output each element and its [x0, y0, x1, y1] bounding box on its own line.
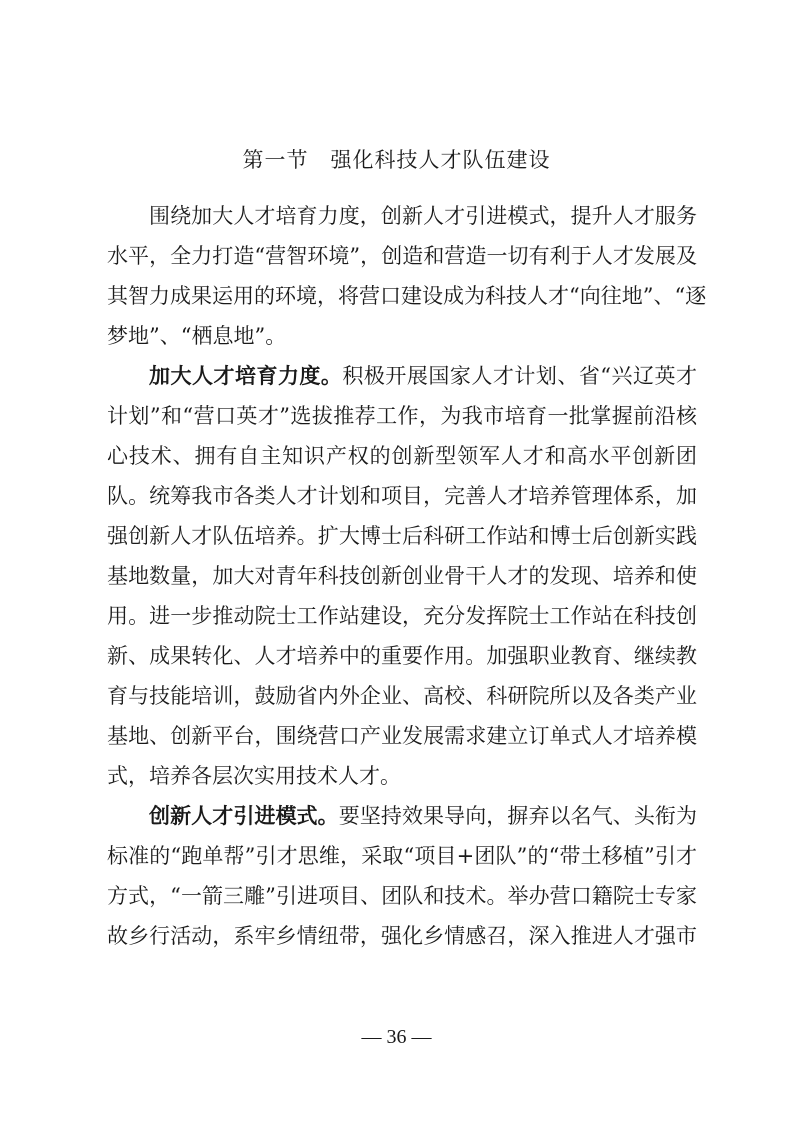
- paragraph-2-line-1: 加大人才培育力度。积极开展国家人才计划、省“兴辽英才: [149, 361, 697, 391]
- paragraph-2-line-5: 强创新人才队伍培养。扩大博士后科研工作站和博士后创新实践: [107, 521, 697, 551]
- paragraph-heading: 创新人才引进模式。: [149, 804, 339, 828]
- paragraph-3-line-2: 标准的“跑单帮”引才思维，采取“项目+团队”的“带土移植”引才: [107, 841, 697, 871]
- paragraph-1-line-2: 水平，全力打造“营智环境”，创造和营造一切有利于人才发展及: [107, 241, 697, 271]
- paragraph-3-line-4: 故乡行活动，系牢乡情纽带，强化乡情感召，深入推进人才强市: [107, 921, 697, 951]
- paragraph-1-line-1: 围绕加大人才培育力度，创新人才引进模式，提升人才服务: [149, 201, 697, 231]
- document-page: 第一节 强化科技人才队伍建设 围绕加大人才培育力度，创新人才引进模式，提升人才服…: [0, 0, 793, 1122]
- paragraph-2-line-8: 新、成果转化、人才培养中的重要作用。加强职业教育、继续教: [107, 641, 697, 671]
- paragraph-2-line-4: 队。统筹我市各类人才计划和项目，完善人才培养管理体系，加: [107, 481, 697, 511]
- paragraph-text: 积极开展国家人才计划、省“兴辽英才: [342, 364, 697, 388]
- paragraph-2-line-11: 式，培养各层次实用技术人才。: [107, 761, 697, 791]
- paragraph-1-line-4: 梦地”、“栖息地”。: [107, 321, 697, 351]
- page-number: — 36 —: [0, 1026, 793, 1049]
- paragraph-text: 要坚持效果导向，摒弃以名气、头衔为: [339, 804, 697, 828]
- paragraph-2-line-7: 用。进一步推动院士工作站建设，充分发挥院士工作站在科技创: [107, 601, 697, 631]
- paragraph-2-line-3: 心技术、拥有自主知识产权的创新型领军人才和高水平创新团: [107, 441, 697, 471]
- paragraph-2-line-9: 育与技能培训，鼓励省内外企业、高校、科研院所以及各类产业: [107, 681, 697, 711]
- paragraph-3-line-3: 方式，“一箭三雕”引进项目、团队和技术。举办营口籍院士专家: [107, 881, 697, 911]
- paragraph-2-line-6: 基地数量，加大对青年科技创新创业骨干人才的发现、培养和使: [107, 561, 697, 591]
- paragraph-3-line-1: 创新人才引进模式。要坚持效果导向，摒弃以名气、头衔为: [149, 801, 697, 831]
- paragraph-2-line-2: 计划”和“营口英才”选拔推荐工作，为我市培育一批掌握前沿核: [107, 401, 697, 431]
- paragraph-1-line-3: 其智力成果运用的环境，将营口建设成为科技人才“向往地”、“逐: [107, 281, 697, 311]
- paragraph-heading: 加大人才培育力度。: [149, 364, 342, 388]
- section-title: 第一节 强化科技人才队伍建设: [0, 144, 793, 174]
- paragraph-2-line-10: 基地、创新平台，围绕营口产业发展需求建立订单式人才培养模: [107, 721, 697, 751]
